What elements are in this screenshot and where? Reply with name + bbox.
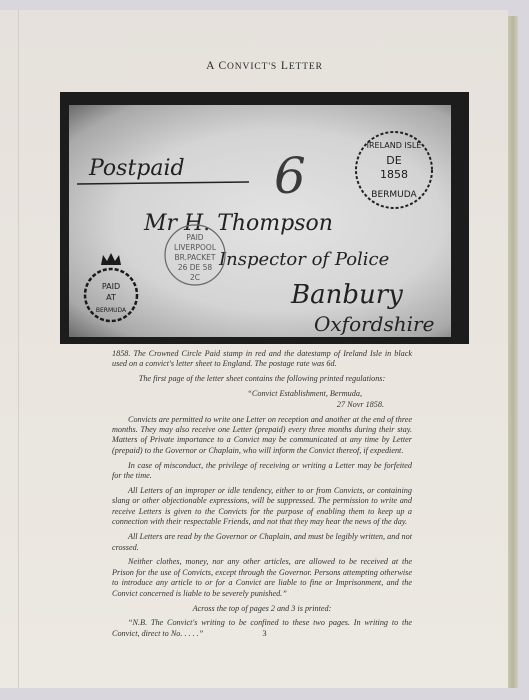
page-number: 3 [0, 628, 529, 638]
caption-dateline: “Convict Establishment, Bermuda, [112, 389, 412, 399]
rate-handwriting: 6 [274, 147, 306, 205]
page-title: A CONVICT'S LETTER [0, 60, 529, 72]
svg-text:1858: 1858 [380, 168, 408, 181]
title-part: ONVICT'S [227, 62, 277, 72]
town-handwriting: Banbury [290, 280, 403, 310]
gutter-line [18, 10, 19, 688]
svg-text:AT: AT [106, 293, 116, 302]
postpaid-handwriting: Postpaid [88, 156, 185, 181]
title-part: A C [206, 60, 227, 72]
caption-dateline: 27 Novr 1858. [112, 400, 412, 410]
addressee-handwriting: Mr H. Thompson [143, 211, 333, 236]
envelope-markings: Postpaid 6 DE 1858 BERMUDA IRELAND ISLE … [69, 105, 451, 337]
svg-text:2C: 2C [190, 273, 200, 282]
liverpool-paid-stamp: PAID LIVERPOOL BR.PACKET 26 DE 58 2C [165, 225, 225, 285]
svg-text:BERMUDA: BERMUDA [371, 190, 417, 200]
title-handwriting: Inspector of Police [218, 249, 389, 270]
envelope-image: Postpaid 6 DE 1858 BERMUDA IRELAND ISLE … [69, 105, 451, 337]
regulation-paragraph: Convicts are permitted to write one Lett… [112, 415, 412, 457]
ireland-isle-datestamp: DE 1858 BERMUDA IRELAND ISLE [356, 132, 432, 208]
page-fore-edge [508, 16, 518, 688]
svg-text:BR.PACKET: BR.PACKET [175, 253, 216, 262]
caption-text: 1858. The Crowned Circle Paid stamp in r… [112, 349, 412, 644]
regulation-paragraph: Neither clothes, money, nor any other ar… [112, 557, 412, 599]
letter-photograph: Postpaid 6 DE 1858 BERMUDA IRELAND ISLE … [60, 92, 469, 344]
regulation-paragraph: In case of misconduct, the privilege of … [112, 461, 412, 482]
caption-paragraph: The first page of the letter sheet conta… [112, 374, 412, 384]
figure-caption: 1858. The Crowned Circle Paid stamp in r… [112, 349, 412, 370]
svg-text:LIVERPOOL: LIVERPOOL [174, 243, 217, 252]
svg-text:PAID: PAID [102, 282, 120, 291]
crowned-circle-paid-stamp: PAID AT BERMUDA [85, 253, 137, 321]
title-part: ETTER [289, 62, 323, 72]
regulation-paragraph: All Letters of an improper or idle tende… [112, 486, 412, 528]
caption-paragraph: Across the top of pages 2 and 3 is print… [112, 604, 412, 614]
title-part: L [277, 60, 289, 72]
county-handwriting: Oxfordshire [314, 312, 434, 336]
regulation-paragraph: All Letters are read by the Governor or … [112, 532, 412, 553]
svg-text:PAID: PAID [186, 233, 203, 242]
svg-text:DE: DE [386, 154, 401, 167]
svg-text:BERMUDA: BERMUDA [96, 307, 127, 314]
svg-text:IRELAND ISLE: IRELAND ISLE [367, 141, 422, 150]
svg-text:26 DE 58: 26 DE 58 [178, 263, 213, 272]
